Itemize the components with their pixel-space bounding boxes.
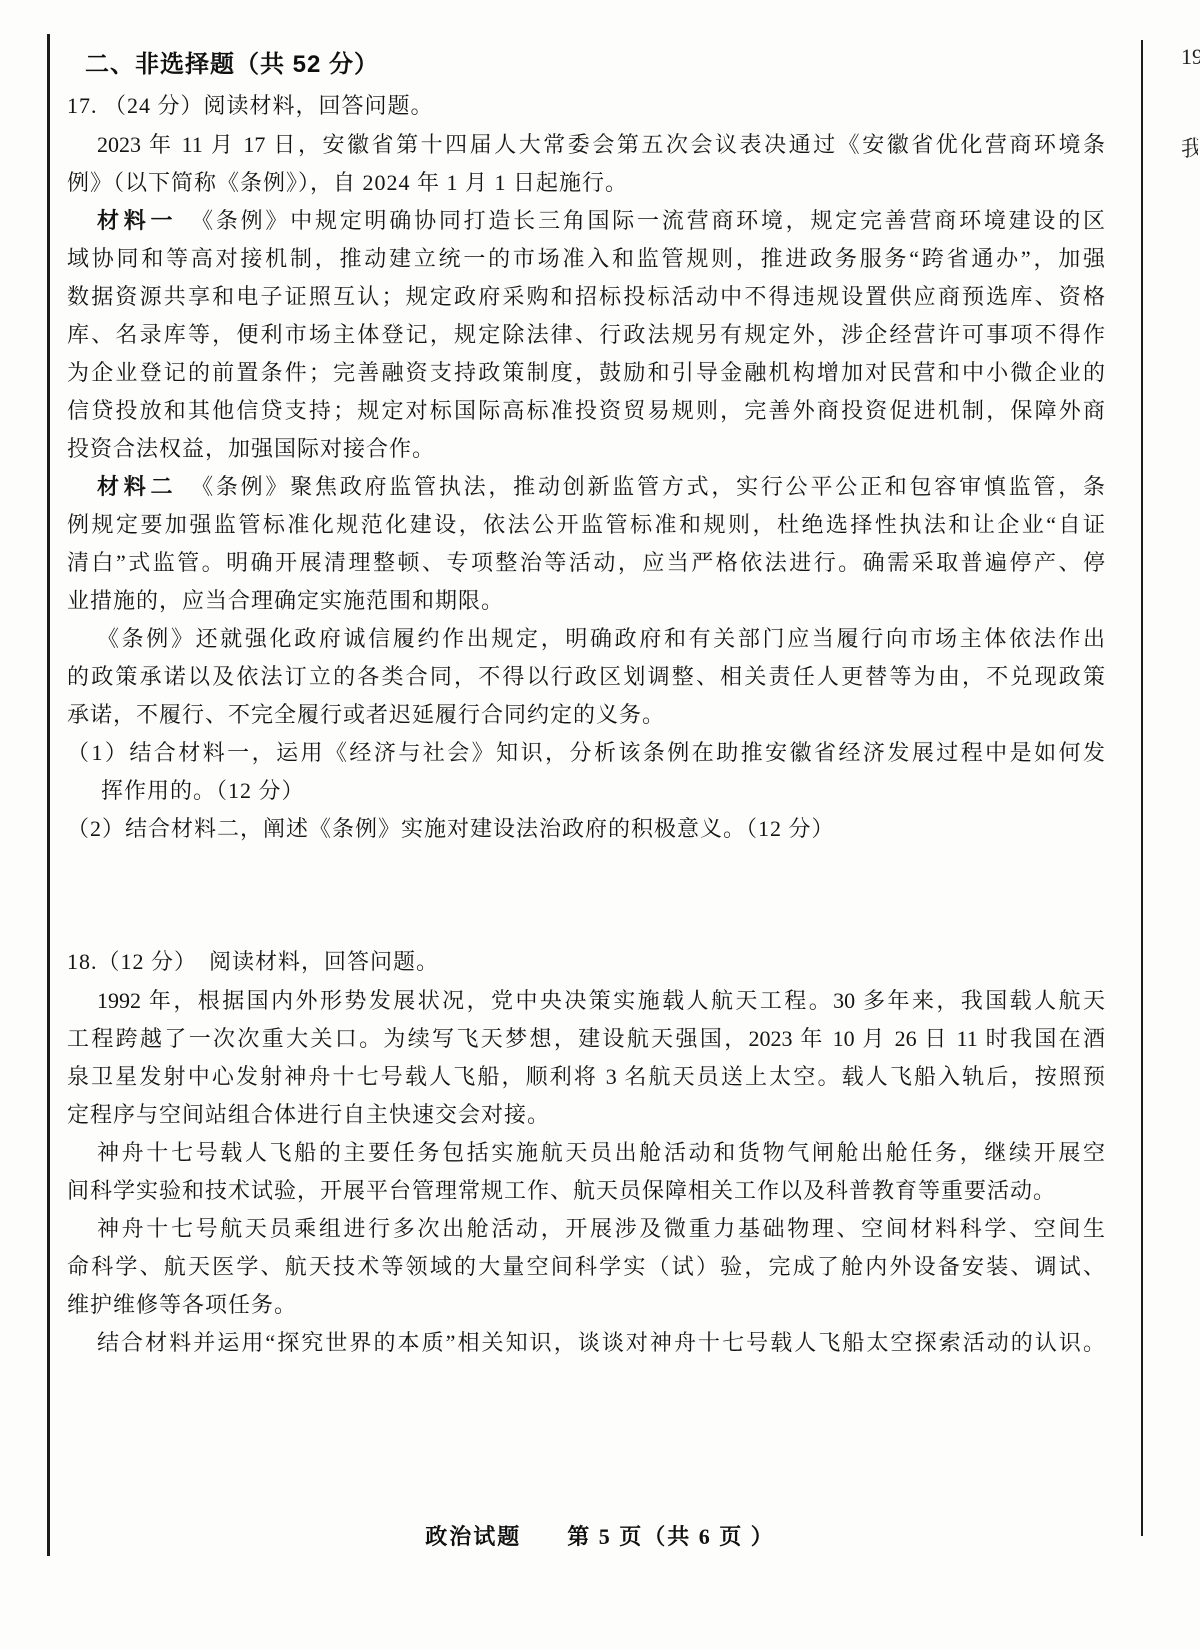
text-line: 间科学实验和技术试验，开展平台管理常规工作、航天员保障相关工作以及科普教育等重要…: [67, 1172, 1105, 1210]
text-line: 神舟十七号航天员乘组进行多次出舱活动，开展涉及微重力基础物理、空间材料科学、空间…: [67, 1210, 1105, 1248]
question-18-paragraph-3: 神舟十七号航天员乘组进行多次出舱活动，开展涉及微重力基础物理、空间材料科学、空间…: [67, 1210, 1105, 1324]
text-line: 清白”式监管。明确开展清理整顿、专项整治等活动，应当严格依法进行。确需采取普遍停…: [67, 544, 1105, 582]
text-line: 神舟十七号载人飞船的主要任务包括实施航天员出舱活动和货物气闸舱出舱任务，继续开展…: [67, 1134, 1105, 1172]
text-line: 维护维修等各项任务。: [67, 1286, 1105, 1324]
question-17-intro-paragraph: 2023 年 11 月 17 日，安徽省第十四届人大常委会第五次会议表决通过《安…: [67, 126, 1105, 202]
text-line: 承诺，不履行、不完全履行或者迟延履行合同约定的义务。: [67, 696, 1105, 734]
text-line: 的政策承诺以及依法订立的各类合同，不得以行政区划调整、相关责任人更替等为由，不兑…: [67, 658, 1105, 696]
question-17: 17. （24 分）阅读材料，回答问题。 2023 年 11 月 17 日，安徽…: [67, 86, 1105, 848]
text-line: 为企业登记的前置条件；完善融资支持政策制度，鼓励和引导金融机构增加对民营和中小微…: [67, 354, 1105, 392]
exam-content-column: 二、非选择题（共 52 分） 17. （24 分）阅读材料，回答问题。 2023…: [67, 44, 1105, 1362]
text-line: 《条例》还就强化政府诚信履约作出规定，明确政府和有关部门应当履行向市场主体依法作…: [67, 620, 1105, 658]
material-2-paragraph: 材料二 《条例》聚焦政府监管执法，推动创新监管方式，实行公平公正和包容审慎监管，…: [67, 468, 1105, 620]
material-1-paragraph: 材料一 《条例》中规定明确协同打造长三角国际一流营商环境，规定完善营商环境建设的…: [67, 202, 1105, 468]
text-line: （2）结合材料二，阐述《条例》实施对建设法治政府的积极意义。（12 分）: [67, 810, 1105, 848]
text-line: 1992 年，根据国内外形势发展状况，党中央决策实施载人航天工程。30 多年来，…: [67, 982, 1105, 1020]
text-line: 信贷投放和其他信贷支持；规定对标国际高标准投资贸易规则，完善外商投资促进机制，保…: [67, 392, 1105, 430]
text-line: 域协同和等高对接机制，推动建立统一的市场准入和监管规则，推进政务服务“跨省通办”…: [67, 240, 1105, 278]
text-line: 工程跨越了一次次重大关口。为续写飞天梦想，建设航天强国，2023 年 10 月 …: [67, 1020, 1105, 1058]
text-line: 材料二 《条例》聚焦政府监管执法，推动创新监管方式，实行公平公正和包容审慎监管，…: [67, 468, 1105, 506]
footer-page-number: 第 5 页（共 6 页 ）: [567, 1524, 775, 1549]
scanned-exam-page: { "document": { "section_header": "二、非选择…: [0, 0, 1200, 1650]
question-18-task-paragraph: 结合材料并运用“探究世界的本质”相关知识，谈谈对神舟十七号载人飞船太空探索活动的…: [67, 1324, 1105, 1362]
question-17-heading: 17. （24 分）阅读材料，回答问题。: [67, 86, 1105, 126]
text-line: 泉卫星发射中心发射神舟十七号载人飞船，顺利将 3 名航天员送上太空。载人飞船入轨…: [67, 1058, 1105, 1096]
section-header: 二、非选择题（共 52 分）: [85, 44, 1105, 86]
text-line: 命科学、航天医学、航天技术等领域的大量空间科学实（试）验，完成了舱内外设备安装、…: [67, 1248, 1105, 1286]
material-label: 材料二: [97, 474, 177, 499]
question-18-paragraph-2: 神舟十七号载人飞船的主要任务包括实施航天员出舱活动和货物气闸舱出舱任务，继续开展…: [67, 1134, 1105, 1210]
text-line: 2023 年 11 月 17 日，安徽省第十四届人大常委会第五次会议表决通过《安…: [67, 126, 1105, 164]
page-left-border-line: [47, 34, 50, 1556]
footer-subject-label: 政治试题: [425, 1524, 521, 1549]
text-line: 结合材料并运用“探究世界的本质”相关知识，谈谈对神舟十七号载人飞船太空探索活动的…: [67, 1324, 1105, 1362]
text-line: 挥作用的。（12 分）: [67, 772, 1105, 810]
cutoff-next-page-number-fragment: 19: [1181, 44, 1200, 74]
material-label: 材料一: [97, 208, 177, 233]
question-17-sub-question-2: （2）结合材料二，阐述《条例》实施对建设法治政府的积极意义。（12 分）: [67, 810, 1105, 848]
question-17-sub-question-1: （1）结合材料一，运用《经济与社会》知识，分析该条例在助推安徽省经济发展过程中是…: [67, 734, 1105, 810]
material-2-continued-paragraph: 《条例》还就强化政府诚信履约作出规定，明确政府和有关部门应当履行向市场主体依法作…: [67, 620, 1105, 734]
question-18-paragraph-1: 1992 年，根据国内外形势发展状况，党中央决策实施载人航天工程。30 多年来，…: [67, 982, 1105, 1134]
text-line: （1）结合材料一，运用《经济与社会》知识，分析该条例在助推安徽省经济发展过程中是…: [67, 734, 1105, 772]
text-line: 例规定要加强监管标准化规范化建设，依法公开监管标准和规则，杜绝选择性执法和让企业…: [67, 506, 1105, 544]
text-line: 定程序与空间站组合体进行自主快速交会对接。: [67, 1096, 1105, 1134]
page-right-border-line: [1141, 40, 1143, 1536]
text-line: 材料一 《条例》中规定明确协同打造长三角国际一流营商环境，规定完善营商环境建设的…: [67, 202, 1105, 240]
text-line: 库、名录库等，便利市场主体登记，规定除法律、行政法规另有规定外，涉企经营许可事项…: [67, 316, 1105, 354]
page-footer: 政治试题第 5 页（共 6 页 ）: [0, 1520, 1200, 1551]
text-line: 业措施的，应当合理确定实施范围和期限。: [67, 582, 1105, 620]
text-line: 例》（以下简称《条例》），自 2024 年 1 月 1 日起施行。: [67, 164, 1105, 202]
text-line: 数据资源共享和电子证照互认；规定政府采购和招标投标活动中不得违规设置供应商预选库…: [67, 278, 1105, 316]
text-line: 投资合法权益，加强国际对接合作。: [67, 430, 1105, 468]
question-18: 18.（12 分） 阅读材料，回答问题。 1992 年，根据国内外形势发展状况，…: [67, 942, 1105, 1362]
cutoff-next-page-text-fragment: 我: [1181, 132, 1198, 162]
question-18-heading: 18.（12 分） 阅读材料，回答问题。: [67, 942, 1105, 982]
